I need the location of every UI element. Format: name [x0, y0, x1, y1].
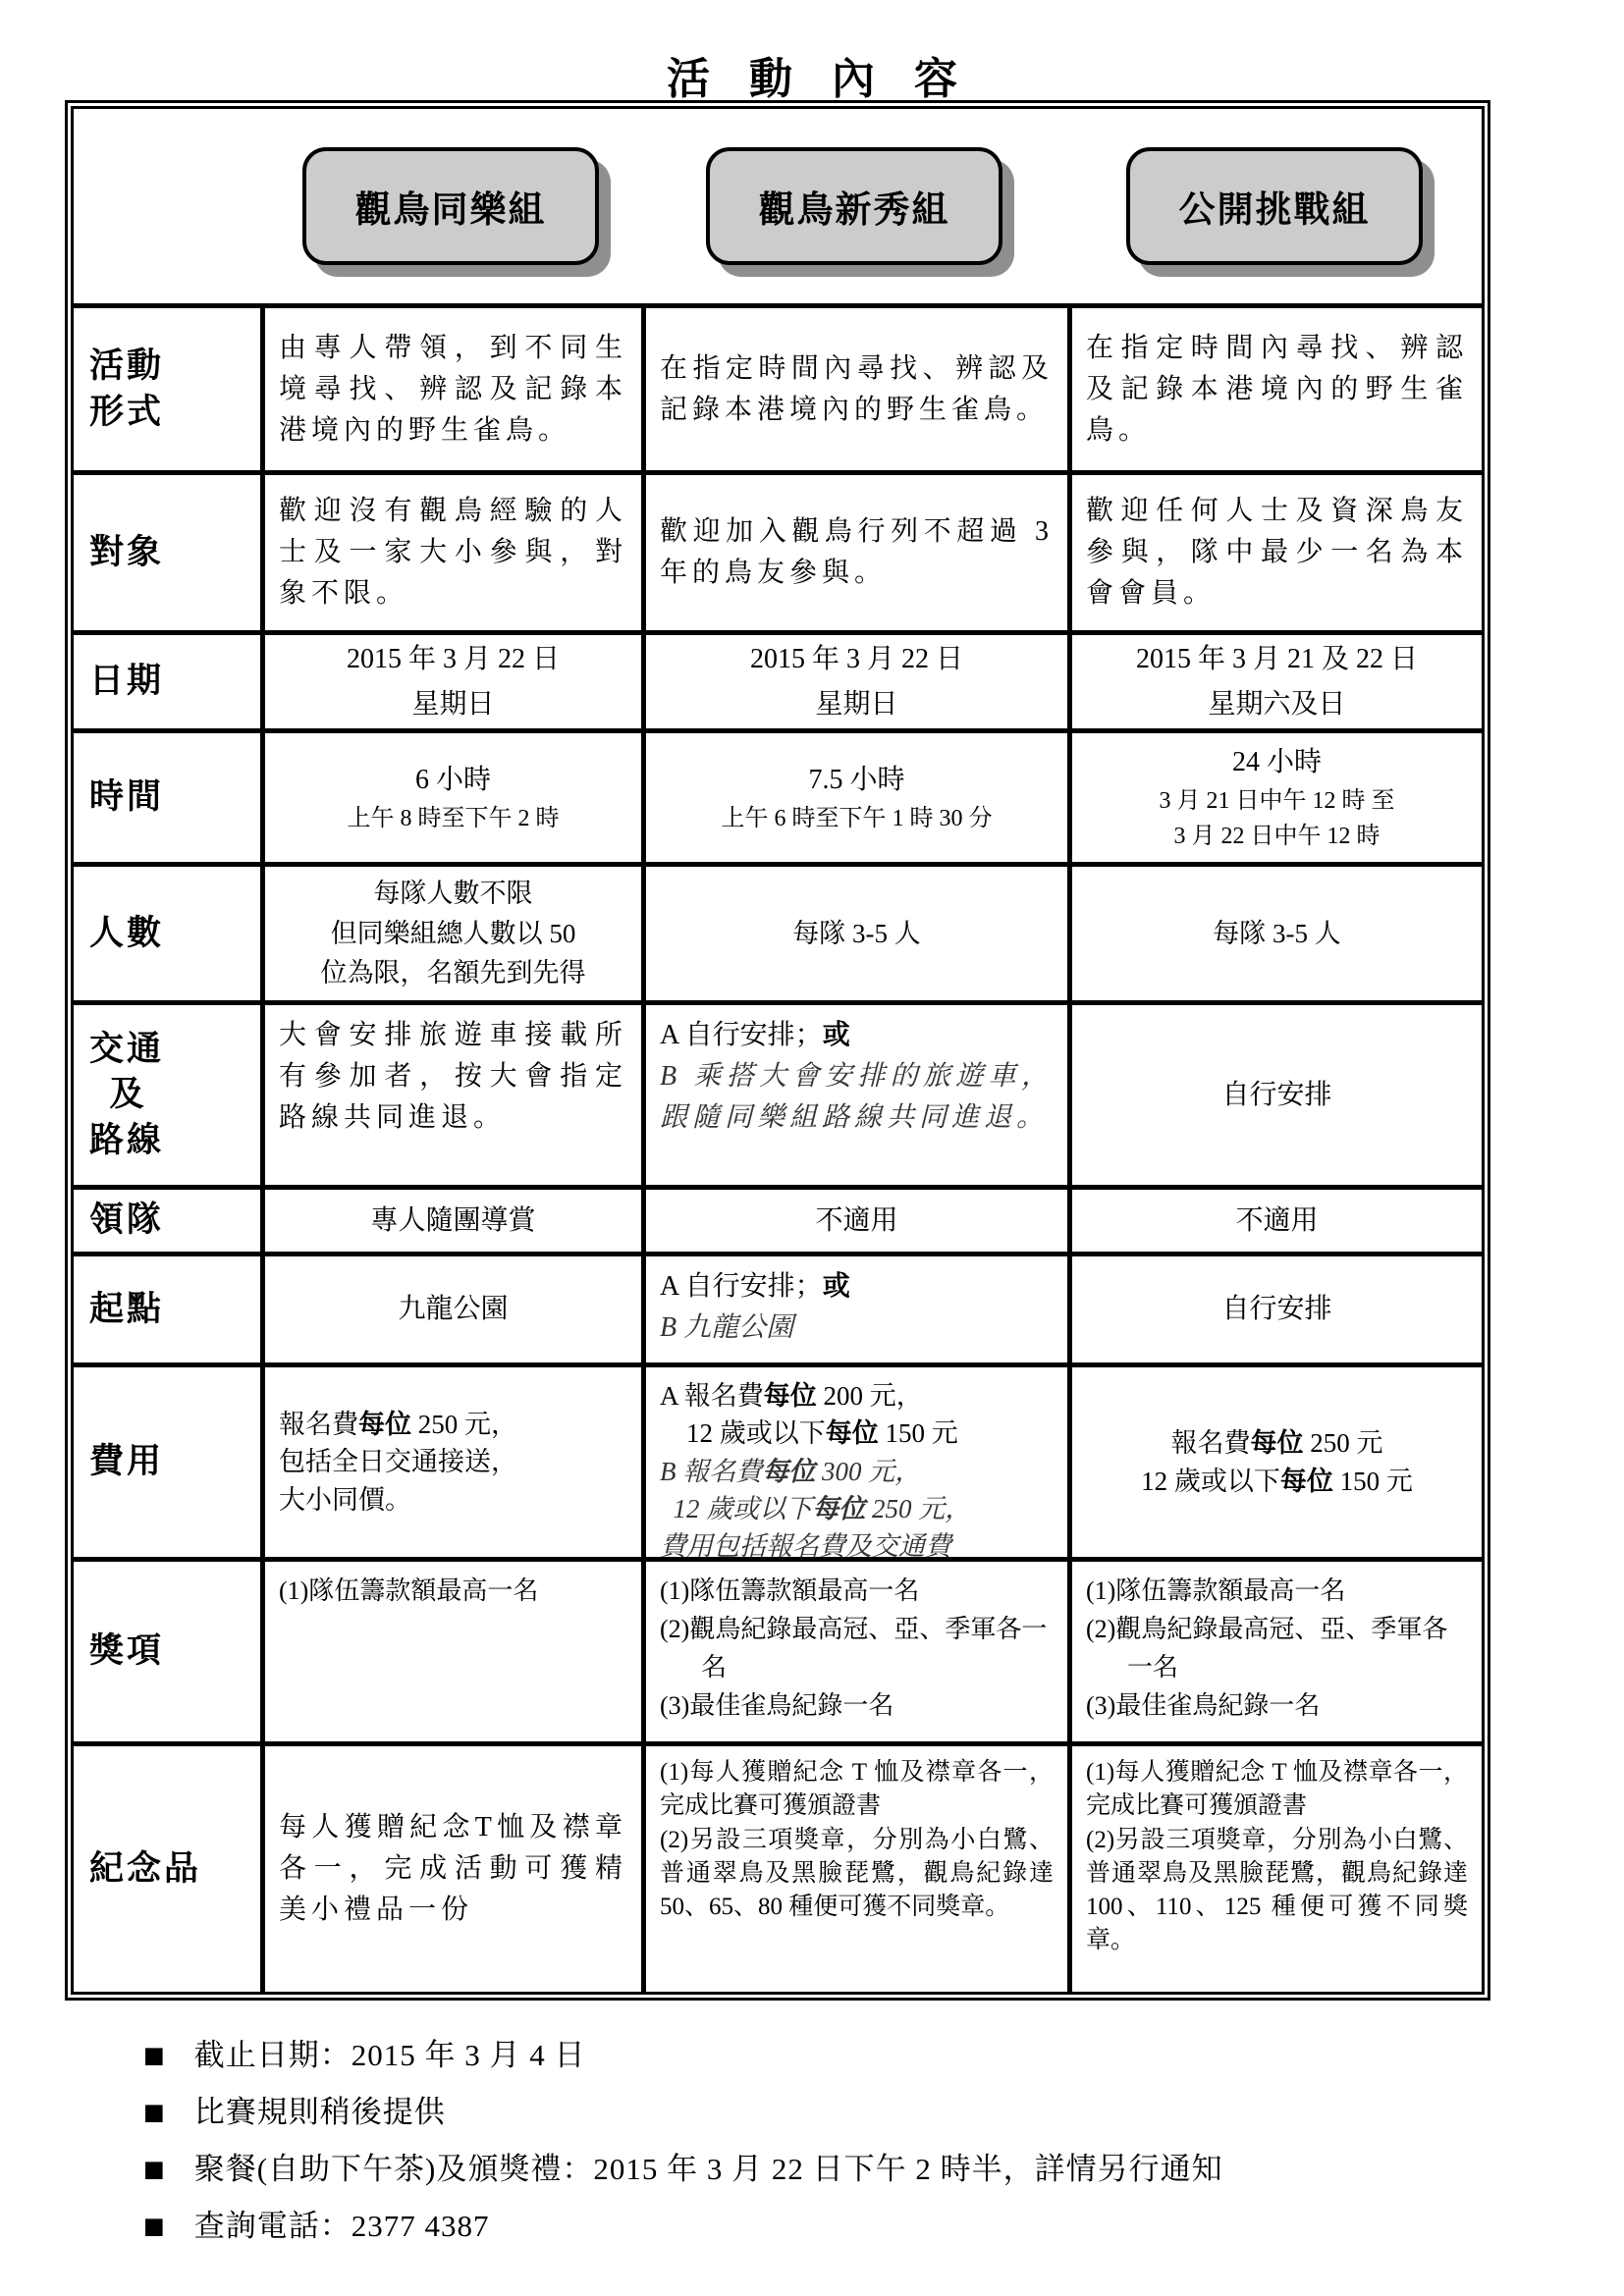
square-bullet-icon: ■: [143, 2043, 165, 2068]
text-segment: 或: [823, 1020, 850, 1050]
text-line: 自行安排: [1086, 1075, 1468, 1116]
group-slot-3: 公開挑戰組: [1067, 147, 1482, 265]
text-line: 歡迎加入觀鳥行列不超過 3 年的鳥友參與。: [660, 511, 1054, 594]
group-tab-newcomer: 觀鳥新秀組: [706, 147, 1002, 265]
text-line: 在指定時間內尋找、辨認及記錄本港境內的野生雀鳥。: [1086, 328, 1468, 452]
text-segment: (1)隊伍籌款額最高一名: [1086, 1576, 1345, 1605]
text-segment: 每位: [764, 1381, 817, 1411]
text-segment: 每人獲贈紀念T恤及襟章各一，完成活動可獲精美小禮品一份: [279, 1812, 627, 1925]
row-label-format: 活動形式: [74, 303, 260, 470]
text-line: (1)每人獲贈紀念 T 恤及襟章各一，完成比賽可獲頒證書: [660, 1756, 1054, 1824]
text-line: (3)最佳雀鳥紀錄一名: [660, 1686, 1054, 1725]
text-segment: B 報名費: [660, 1457, 762, 1486]
text-segment: A 自行安排；: [660, 1020, 823, 1050]
text-line: 2015 年 3 月 21 及 22 日: [1086, 637, 1468, 681]
text-line: 3 月 21 日中午 12 時 至: [1086, 783, 1468, 819]
text-segment: 每位: [826, 1418, 879, 1448]
text-segment: 每隊 3-5 人: [1213, 919, 1341, 948]
text-segment: 大小同價。: [279, 1485, 411, 1515]
text-segment: 2015 年 3 月 22 日: [750, 644, 963, 674]
cell-leader-group1: 專人隨團導賞: [260, 1185, 641, 1252]
cell-target-group3: 歡迎任何人士及資深鳥友參與，隊中最少一名為本會會員。: [1067, 470, 1482, 630]
text-line: 12 歲或以下每位 150 元: [660, 1415, 1054, 1452]
text-segment: A 報名費: [660, 1381, 764, 1411]
row-label-line: 路線: [89, 1118, 246, 1163]
cell-awards-group3: (1)隊伍籌款額最高一名(2)觀鳥紀錄最高冠、亞、季軍各一名(3)最佳雀鳥紀錄一…: [1067, 1557, 1482, 1741]
square-bullet-icon: ■: [143, 2214, 165, 2239]
text-segment: A 自行安排；: [660, 1271, 823, 1302]
text-segment: 每位: [812, 1494, 865, 1523]
row-label-date: 日期: [74, 630, 260, 728]
page-title: 活動內容: [0, 43, 1624, 106]
cell-souvenir-group2: (1)每人獲贈紀念 T 恤及襟章各一，完成比賽可獲頒證書(2)另設三項獎章，分別…: [641, 1741, 1067, 1992]
text-segment: (2)另設三項獎章，分別為小白鷺、普通翠鳥及黑臉琵鷺，觀鳥紀錄達 50、65、8…: [660, 1827, 1054, 1921]
text-segment: 7.5 小時: [808, 765, 904, 795]
text-line: (2)另設三項獎章，分別為小白鷺、普通翠鳥及黑臉琵鷺，觀鳥紀錄達 100、110…: [1086, 1824, 1468, 1958]
text-line: B 報名費每位 300 元，: [660, 1453, 1054, 1490]
activity-table: 觀鳥同樂組 觀鳥新秀組 公開挑戰組 活動形式由專人帶領，到不同生境尋找、辨認及記…: [65, 100, 1490, 2001]
text-segment: 包括全日交通接送，: [279, 1447, 517, 1476]
row-label-line: 領隊: [89, 1198, 246, 1243]
row-label-line: 獎項: [89, 1629, 246, 1674]
text-segment: (1)每人獲贈紀念 T 恤及襟章各一，完成比賽可獲頒證書: [660, 1759, 1054, 1819]
note-item: ■ 聚餐(自助下午茶)及頒獎禮：2015 年 3 月 22 日下午 2 時半，詳…: [143, 2144, 1223, 2188]
text-segment: 報名費: [279, 1410, 358, 1439]
document-page: 活動內容 觀鳥同樂組 觀鳥新秀組 公開挑戰組 活動形式由專人帶領，到不同生境尋找…: [0, 0, 1624, 2296]
group-tab-label: 觀鳥新秀組: [759, 180, 950, 233]
text-segment: 報名費: [1171, 1428, 1251, 1458]
text-segment: 在指定時間內尋找、辨認及記錄本港境內的野生雀鳥。: [660, 353, 1054, 425]
cell-transport-group3: 自行安排: [1067, 1000, 1482, 1185]
text-segment: 6 小時: [415, 765, 491, 795]
row-label-line: 活動: [89, 344, 246, 389]
cell-fee-group3: 報名費每位 250 元12 歲或以下每位 150 元: [1067, 1362, 1482, 1557]
text-line: 星期日: [279, 682, 627, 726]
square-bullet-icon: ■: [143, 2157, 165, 2182]
note-text: 聚餐(自助下午茶)及頒獎禮：2015 年 3 月 22 日下午 2 時半，詳情另…: [194, 2144, 1223, 2188]
text-line: (1)每人獲贈紀念 T 恤及襟章各一，完成比賽可獲頒證書: [1086, 1756, 1468, 1824]
cell-date-group2: 2015 年 3 月 22 日星期日: [641, 630, 1067, 728]
group-slot-1: 觀鳥同樂組: [260, 147, 641, 265]
notes: ■ 截止日期：2015 年 3 月 4 日 ■ 比賽規則稍後提供 ■ 聚餐(自助…: [143, 2030, 1223, 2258]
text-segment: (2)觀鳥紀錄最高冠、亞、季軍各一名: [660, 1615, 1047, 1682]
row-label-line: 交通: [89, 1027, 246, 1072]
text-segment: 3 月 22 日中午 12 時: [1174, 824, 1380, 849]
text-line: 報名費每位 250 元，: [279, 1406, 627, 1443]
text-line: 大小同價。: [279, 1481, 627, 1519]
text-line: 上午 8 時至下午 2 時: [279, 801, 627, 836]
text-segment: 12 歲或以下: [660, 1418, 826, 1448]
text-line: 歡迎任何人士及資深鳥友參與，隊中最少一名為本會會員。: [1086, 491, 1468, 614]
row-label-line: 形式: [89, 390, 246, 435]
text-line: 24 小時: [1086, 742, 1468, 783]
text-segment: (1)隊伍籌款額最高一名: [279, 1576, 538, 1605]
text-line: 不適用: [1086, 1201, 1468, 1242]
cell-souvenir-group1: 每人獲贈紀念T恤及襟章各一，完成活動可獲精美小禮品一份: [260, 1741, 641, 1992]
cell-start-group1: 九龍公園: [260, 1252, 641, 1362]
text-line: 12 歲或以下每位 150 元: [1086, 1463, 1468, 1500]
text-segment: (3)最佳雀鳥紀錄一名: [1086, 1691, 1320, 1720]
text-segment: 不適用: [1235, 1205, 1318, 1236]
row-label-leader: 領隊: [74, 1185, 260, 1252]
text-line: 自行安排: [1086, 1289, 1468, 1330]
cell-start-group2: A 自行安排；或B 九龍公園: [641, 1252, 1067, 1362]
text-segment: 星期日: [815, 689, 897, 720]
text-segment: 150 元: [1333, 1467, 1413, 1496]
row-label-line: 日期: [89, 659, 246, 704]
cell-date-group3: 2015 年 3 月 21 及 22 日星期六及日: [1067, 630, 1482, 728]
text-segment: 上午 6 時至下午 1 時 30 分: [722, 806, 993, 831]
text-segment: 每位: [358, 1410, 411, 1439]
cell-date-group1: 2015 年 3 月 22 日星期日: [260, 630, 641, 728]
group-slot-2: 觀鳥新秀組: [641, 147, 1067, 265]
cell-target-group1: 歡迎沒有觀鳥經驗的人士及一家大小參與，對象不限。: [260, 470, 641, 630]
text-segment: 由專人帶領，到不同生境尋找、辨認及記錄本港境內的野生雀鳥。: [279, 333, 627, 446]
text-segment: 上午 8 時至下午 2 時: [348, 806, 560, 831]
row-label-fee: 費用: [74, 1362, 260, 1557]
text-line: 12 歲或以下每位 250 元，: [660, 1490, 1054, 1527]
text-segment: (1)隊伍籌款額最高一名: [660, 1576, 919, 1605]
cell-format-group1: 由專人帶領，到不同生境尋找、辨認及記錄本港境內的野生雀鳥。: [260, 303, 641, 470]
cell-people-group3: 每隊 3-5 人: [1067, 862, 1482, 1000]
text-segment: (1)每人獲贈紀念 T 恤及襟章各一，完成比賽可獲頒證書: [1086, 1759, 1468, 1819]
text-segment: 250 元: [1304, 1428, 1383, 1458]
text-segment: 費用包括報名費及交通費: [660, 1531, 951, 1557]
cell-people-group1: 每隊人數不限但同樂組總人數以 50位為限，名額先到先得: [260, 862, 641, 1000]
cell-transport-group2: A 自行安排；或B 乘搭大會安排的旅遊車，跟隨同樂組路線共同進退。: [641, 1000, 1067, 1185]
note-item: ■ 查詢電話：2377 4387: [143, 2201, 1223, 2245]
text-segment: 每位: [1251, 1428, 1304, 1458]
text-line: (2)另設三項獎章，分別為小白鷺、普通翠鳥及黑臉琵鷺，觀鳥紀錄達 50、65、8…: [660, 1824, 1054, 1925]
text-line: 星期六及日: [1086, 682, 1468, 726]
text-line: 每隊 3-5 人: [1086, 914, 1468, 954]
text-line: 3 月 22 日中午 12 時: [1086, 819, 1468, 854]
text-segment: 12 歲或以下: [1141, 1467, 1280, 1496]
cell-leader-group2: 不適用: [641, 1185, 1067, 1252]
cell-fee-group2: A 報名費每位 200 元， 12 歲或以下每位 150 元B 報名費每位 30…: [641, 1362, 1067, 1557]
note-text: 截止日期：2015 年 3 月 4 日: [194, 2030, 586, 2074]
row-label-awards: 獎項: [74, 1557, 260, 1741]
text-line: 上午 6 時至下午 1 時 30 分: [660, 801, 1054, 836]
text-segment: (2)另設三項獎章，分別為小白鷺、普通翠鳥及黑臉琵鷺，觀鳥紀錄達 100、110…: [1086, 1827, 1468, 1954]
row-label-line: 時間: [89, 774, 246, 820]
text-line: B 九龍公園: [660, 1308, 1054, 1349]
text-line: 大會安排旅遊車接載所有參加者，按大會指定路線共同進退。: [279, 1015, 627, 1139]
text-line: B 乘搭大會安排的旅遊車，跟隨同樂組路線共同進退。: [660, 1056, 1054, 1139]
group-tab-label: 公開挑戰組: [1179, 180, 1371, 233]
text-line: 報名費每位 250 元: [1086, 1424, 1468, 1462]
text-segment: 250 元，: [865, 1494, 971, 1523]
text-segment: 250 元，: [411, 1410, 517, 1439]
square-bullet-icon: ■: [143, 2100, 165, 2125]
group-tab-fun: 觀鳥同樂組: [302, 147, 599, 265]
text-line: 星期日: [660, 682, 1054, 726]
text-segment: 或: [823, 1271, 850, 1302]
text-segment: 300 元，: [815, 1457, 921, 1486]
text-segment: 自行安排: [1221, 1294, 1331, 1324]
cell-time-group1: 6 小時上午 8 時至下午 2 時: [260, 728, 641, 862]
text-segment: 位為限，名額先到先得: [321, 958, 586, 988]
text-line: 不適用: [660, 1201, 1054, 1242]
cell-time-group3: 24 小時3 月 21 日中午 12 時 至3 月 22 日中午 12 時: [1067, 728, 1482, 862]
text-line: 但同樂組總人數以 50: [279, 914, 627, 954]
note-item: ■ 截止日期：2015 年 3 月 4 日: [143, 2030, 1223, 2074]
text-segment: 歡迎任何人士及資深鳥友參與，隊中最少一名為本會會員。: [1086, 496, 1468, 609]
row-label-start: 起點: [74, 1252, 260, 1362]
text-line: 7.5 小時: [660, 760, 1054, 801]
cell-fee-group1: 報名費每位 250 元，包括全日交通接送，大小同價。: [260, 1362, 641, 1557]
text-line: (2)觀鳥紀錄最高冠、亞、季軍各一名: [660, 1610, 1054, 1686]
row-label-line: 起點: [89, 1287, 246, 1332]
text-segment: 2015 年 3 月 22 日: [347, 644, 560, 674]
text-segment: (3)最佳雀鳥紀錄一名: [660, 1691, 893, 1720]
text-segment: 大會安排旅遊車接載所有參加者，按大會指定路線共同進退。: [279, 1020, 627, 1133]
text-line: 費用包括報名費及交通費: [660, 1527, 1054, 1557]
text-line: 6 小時: [279, 760, 627, 801]
text-segment: 九龍公園: [398, 1294, 508, 1324]
cell-format-group2: 在指定時間內尋找、辨認及記錄本港境內的野生雀鳥。: [641, 303, 1067, 470]
cell-people-group2: 每隊 3-5 人: [641, 862, 1067, 1000]
text-segment: 24 小時: [1232, 747, 1322, 777]
text-segment: 3 月 21 日中午 12 時 至: [1160, 788, 1395, 814]
text-segment: 自行安排: [1221, 1080, 1331, 1110]
text-segment: 每位: [1280, 1467, 1333, 1496]
text-segment: 150 元: [879, 1418, 958, 1448]
text-segment: 12 歲或以下: [660, 1494, 812, 1523]
text-line: 在指定時間內尋找、辨認及記錄本港境內的野生雀鳥。: [660, 348, 1054, 431]
text-segment: 每位: [762, 1457, 815, 1486]
row-label-line: 及: [89, 1072, 246, 1117]
text-line: 包括全日交通接送，: [279, 1443, 627, 1480]
row-label-target: 對象: [74, 470, 260, 630]
text-segment: (2)觀鳥紀錄最高冠、亞、季軍各一名: [1086, 1615, 1447, 1682]
text-line: A 自行安排；或: [660, 1015, 1054, 1056]
text-segment: 在指定時間內尋找、辨認及記錄本港境內的野生雀鳥。: [1086, 333, 1468, 446]
row-label-time: 時間: [74, 728, 260, 862]
text-line: 位為限，名額先到先得: [279, 953, 627, 993]
cell-time-group2: 7.5 小時上午 6 時至下午 1 時 30 分: [641, 728, 1067, 862]
text-line: 由專人帶領，到不同生境尋找、辨認及記錄本港境內的野生雀鳥。: [279, 328, 627, 452]
text-segment: 歡迎沒有觀鳥經驗的人士及一家大小參與，對象不限。: [279, 496, 627, 609]
text-line: 2015 年 3 月 22 日: [660, 637, 1054, 681]
text-segment: 星期日: [411, 689, 494, 720]
cell-leader-group3: 不適用: [1067, 1185, 1482, 1252]
text-line: 2015 年 3 月 22 日: [279, 637, 627, 681]
text-line: 每人獲贈紀念T恤及襟章各一，完成活動可獲精美小禮品一份: [279, 1807, 627, 1931]
text-segment: 每隊 3-5 人: [792, 919, 921, 948]
row-label-line: 費用: [89, 1439, 246, 1484]
cell-start-group3: 自行安排: [1067, 1252, 1482, 1362]
text-segment: 歡迎加入觀鳥行列不超過 3 年的鳥友參與。: [660, 516, 1054, 588]
text-segment: B 乘搭大會安排的旅遊車，跟隨同樂組路線共同進退。: [660, 1061, 1054, 1133]
text-segment: 星期六及日: [1208, 689, 1345, 720]
text-segment: 專人隨團導賞: [370, 1205, 535, 1236]
text-line: A 報名費每位 200 元，: [660, 1377, 1054, 1415]
text-segment: 不適用: [815, 1205, 897, 1236]
text-line: A 自行安排；或: [660, 1266, 1054, 1308]
text-line: 每隊人數不限: [279, 874, 627, 914]
row-label-line: 紀念品: [89, 1846, 246, 1892]
text-segment: 2015 年 3 月 21 及 22 日: [1136, 644, 1418, 674]
text-line: 歡迎沒有觀鳥經驗的人士及一家大小參與，對象不限。: [279, 491, 627, 614]
row-label-transport: 交通 及路線: [74, 1000, 260, 1185]
note-text: 查詢電話：2377 4387: [194, 2201, 490, 2245]
group-tab-open-challenge: 公開挑戰組: [1126, 147, 1423, 265]
row-label-line: 對象: [89, 530, 246, 575]
note-text: 比賽規則稍後提供: [194, 2087, 446, 2131]
text-segment: B 九龍公園: [660, 1312, 793, 1343]
text-segment: 200 元，: [817, 1381, 923, 1411]
text-segment: 但同樂組總人數以 50: [331, 919, 576, 948]
text-line: (1)隊伍籌款額最高一名: [279, 1572, 627, 1610]
text-line: (1)隊伍籌款額最高一名: [660, 1572, 1054, 1610]
cell-souvenir-group3: (1)每人獲贈紀念 T 恤及襟章各一，完成比賽可獲頒證書(2)另設三項獎章，分別…: [1067, 1741, 1482, 1992]
cell-format-group3: 在指定時間內尋找、辨認及記錄本港境內的野生雀鳥。: [1067, 303, 1482, 470]
row-label-line: 人數: [89, 911, 246, 956]
text-line: (3)最佳雀鳥紀錄一名: [1086, 1686, 1468, 1725]
group-tab-label: 觀鳥同樂組: [355, 180, 547, 233]
note-item: ■ 比賽規則稍後提供: [143, 2087, 1223, 2131]
group-header: 觀鳥同樂組 觀鳥新秀組 公開挑戰組: [74, 109, 1482, 303]
text-line: (2)觀鳥紀錄最高冠、亞、季軍各一名: [1086, 1610, 1468, 1686]
text-segment: 每隊人數不限: [374, 879, 533, 908]
text-line: (1)隊伍籌款額最高一名: [1086, 1572, 1468, 1610]
row-label-souvenir: 紀念品: [74, 1741, 260, 1992]
text-line: 專人隨團導賞: [279, 1201, 627, 1242]
cell-awards-group1: (1)隊伍籌款額最高一名: [260, 1557, 641, 1741]
cell-awards-group2: (1)隊伍籌款額最高一名(2)觀鳥紀錄最高冠、亞、季軍各一名(3)最佳雀鳥紀錄一…: [641, 1557, 1067, 1741]
text-line: 每隊 3-5 人: [660, 914, 1054, 954]
row-label-people: 人數: [74, 862, 260, 1000]
text-line: 九龍公園: [279, 1289, 627, 1330]
cell-transport-group1: 大會安排旅遊車接載所有參加者，按大會指定路線共同進退。: [260, 1000, 641, 1185]
cell-target-group2: 歡迎加入觀鳥行列不超過 3 年的鳥友參與。: [641, 470, 1067, 630]
